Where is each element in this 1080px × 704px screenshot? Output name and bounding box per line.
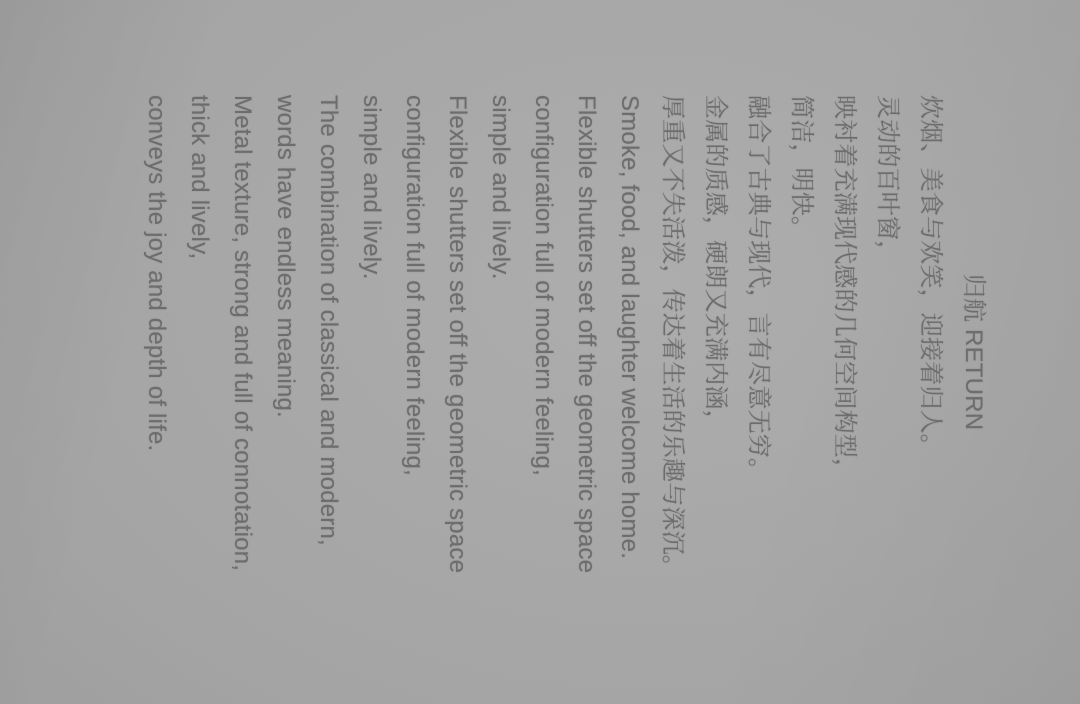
text-line: 灵动的百叶窗， xyxy=(866,95,909,609)
text-line: 厚重又不失活泼，传达着生活的乐趣与深沉。 xyxy=(651,95,694,609)
text-line: 炊烟、美食与欢笑，迎接着归人。 xyxy=(909,95,952,609)
text-line: configuration full of modern feeling, xyxy=(393,95,436,609)
text-line: 融合了古典与现代，言有尽意无穷。 xyxy=(737,95,780,609)
text-line: thick and lively, xyxy=(178,95,221,609)
text-line: words have endless meaning. xyxy=(264,95,307,609)
rotated-text-page: 归航 RETURN 炊烟、美食与欢笑，迎接着归人。 灵动的百叶窗， 映衬着充满现… xyxy=(0,0,1080,704)
text-line: simple and lively. xyxy=(350,95,393,609)
text-line: The combination of classical and modern, xyxy=(307,95,350,609)
text-line: Metal texture, strong and full of connot… xyxy=(221,95,264,609)
text-line: simple and lively. xyxy=(479,95,522,609)
text-line: Flexible shutters set off the geometric … xyxy=(565,95,608,609)
text-line: Smoke, food, and laughter welcome home. xyxy=(608,95,651,609)
text-line: 简洁，明快。 xyxy=(780,95,823,609)
text-line: conveys the joy and depth of life. xyxy=(135,95,178,609)
text-line: 金属的质感，硬朗又充满内涵， xyxy=(694,95,737,609)
photo-canvas: 归航 RETURN 炊烟、美食与欢笑，迎接着归人。 灵动的百叶窗， 映衬着充满现… xyxy=(0,0,1080,704)
text-line: configuration full of modern feeling, xyxy=(522,95,565,609)
text-line: 映衬着充满现代感的几何空间构型， xyxy=(823,95,866,609)
document-title: 归航 RETURN xyxy=(952,95,995,609)
text-line: Flexible shutters set off the geometric … xyxy=(436,95,479,609)
